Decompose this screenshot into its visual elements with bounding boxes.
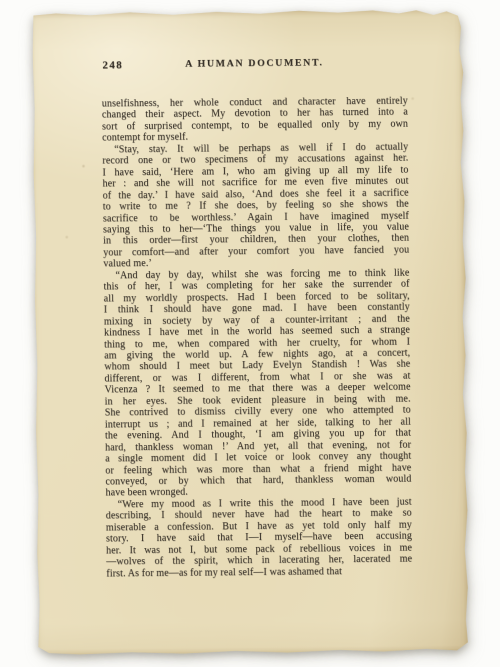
page-body: unselfishness, her whole conduct and cha…: [102, 95, 413, 579]
text-line: first. As for me—as for my real self—I w…: [106, 565, 412, 579]
page-header: 248 A HUMAN DOCUMENT.: [101, 56, 407, 72]
book-page: 248 A HUMAN DOCUMENT. unselfishness, her…: [30, 8, 470, 656]
paragraph: “Were my mood as I write this the mood I…: [106, 496, 413, 579]
running-title: A HUMAN DOCUMENT.: [101, 56, 407, 70]
scan-backdrop: 248 A HUMAN DOCUMENT. unselfishness, her…: [0, 0, 500, 667]
paragraph: unselfishness, her whole conduct and cha…: [102, 95, 408, 144]
paragraph: “Stay, stay. It will be perhaps as well …: [102, 141, 409, 270]
page-number: 248: [102, 59, 123, 71]
paragraph: “And day by day, whilst she was forcing …: [103, 267, 411, 499]
text-block: 248 A HUMAN DOCUMENT. unselfishness, her…: [101, 56, 412, 579]
page-shadow-wrap: 248 A HUMAN DOCUMENT. unselfishness, her…: [30, 8, 470, 656]
